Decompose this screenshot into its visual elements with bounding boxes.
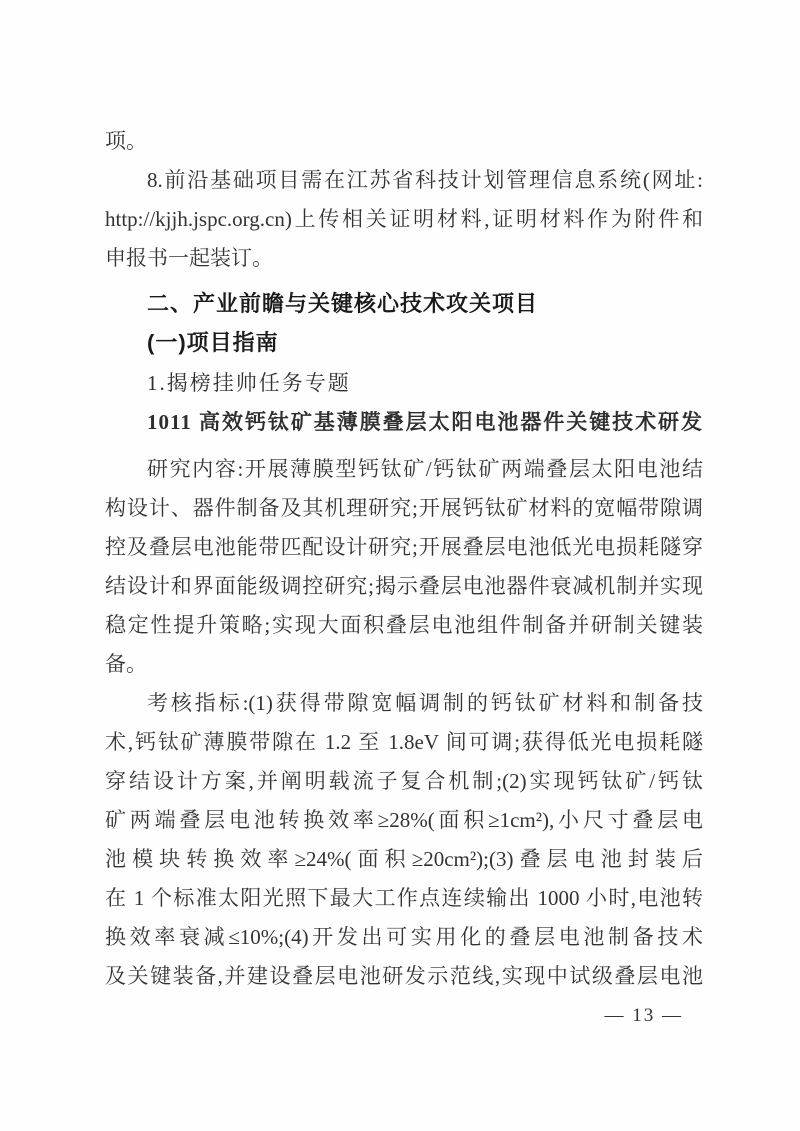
paragraph-line: 考核指标:(1)获得带隙宽幅调制的钙钛矿材料和制备技	[105, 684, 703, 723]
paragraph-line: 换效率衰减≤10%;(4)开发出可实用化的叠层电池制备技术	[105, 918, 703, 957]
project-title: 1011 高效钙钛矿基薄膜叠层太阳电池器件关键技术研发	[105, 403, 703, 442]
section-heading: 二、产业前瞻与关键核心技术攻关项目	[105, 284, 703, 323]
paragraph-line: 研究内容:开展薄膜型钙钛矿/钙钛矿两端叠层太阳电池结	[105, 450, 703, 489]
paragraph-line: 术,钙钛矿薄膜带隙在 1.2 至 1.8eV 间可调;获得低光电损耗隧	[105, 723, 703, 762]
topic-heading: 1.揭榜挂帅任务专题	[105, 364, 703, 403]
page-number: — 13 —	[105, 996, 703, 1035]
paragraph-line: http://kjjh.jspc.org.cn)上传相关证明材料,证明材料作为附…	[105, 200, 703, 239]
subsection-heading: (一)项目指南	[105, 323, 703, 362]
paragraph-line: 及关键装备,并建设叠层电池研发示范线,实现中试级叠层电池	[105, 957, 703, 996]
paragraph-line: 8.前沿基础项目需在江苏省科技计划管理信息系统(网址:	[105, 161, 703, 200]
paragraph-line: 备。	[105, 645, 703, 684]
paragraph-line: 在 1 个标准太阳光照下最大工作点连续输出 1000 小时,电池转	[105, 879, 703, 918]
paragraph-line: 申报书一起装订。	[105, 239, 703, 278]
page-content: 项。 8.前沿基础项目需在江苏省科技计划管理信息系统(网址: http://kj…	[105, 122, 703, 1035]
paragraph-line: 控及叠层电池能带匹配设计研究;开展叠层电池低光电损耗隧穿	[105, 528, 703, 567]
paragraph-line: 矿两端叠层电池转换效率≥28%(面积≥1cm²),小尺寸叠层电	[105, 801, 703, 840]
document-page: 项。 8.前沿基础项目需在江苏省科技计划管理信息系统(网址: http://kj…	[0, 0, 800, 1131]
paragraph-line: 穿结设计方案,并阐明载流子复合机制;(2)实现钙钛矿/钙钛	[105, 762, 703, 801]
paragraph-line: 池模块转换效率≥24%(面积≥20cm²);(3)叠层电池封装后	[105, 840, 703, 879]
paragraph-line: 构设计、器件制备及其机理研究;开展钙钛矿材料的宽幅带隙调	[105, 489, 703, 528]
paragraph-line: 结设计和界面能级调控研究;揭示叠层电池器件衰减机制并实现	[105, 567, 703, 606]
paragraph-line: 项。	[105, 122, 703, 161]
paragraph-line: 稳定性提升策略;实现大面积叠层电池组件制备并研制关键装	[105, 606, 703, 645]
